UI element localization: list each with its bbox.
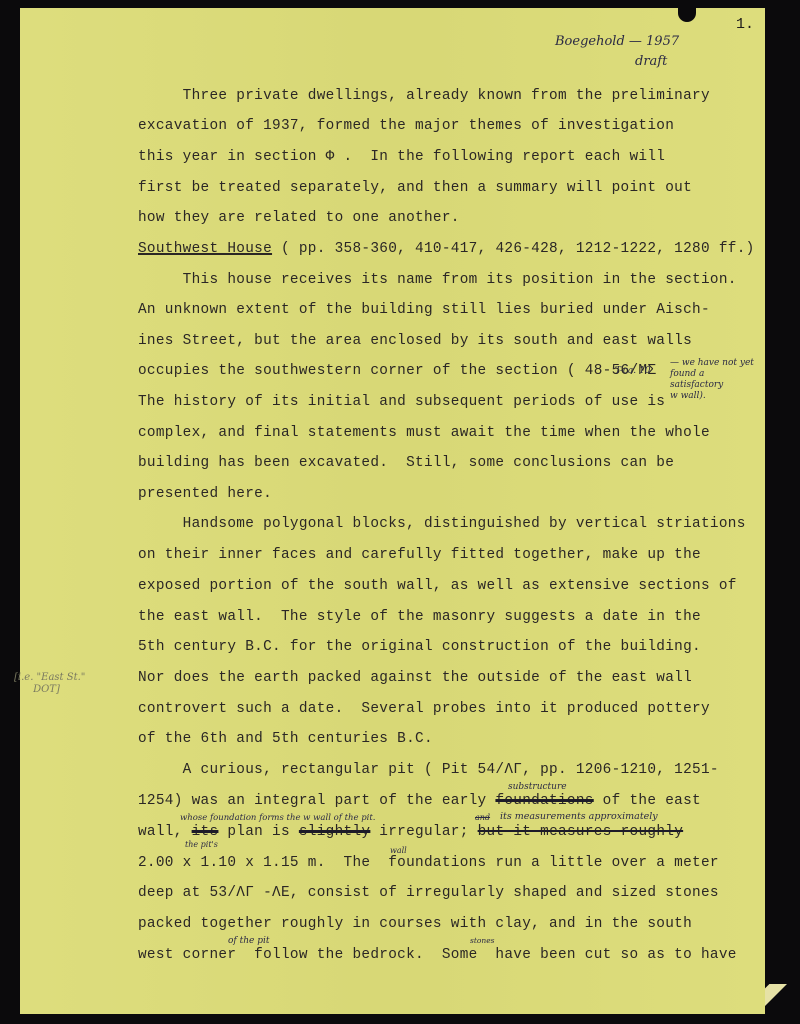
handwritten-draft-note: draft: [635, 54, 667, 69]
handwritten-of-the-pit: of the pit: [228, 936, 269, 946]
text-line: of the 6th and 5th centuries B.C.: [138, 731, 433, 747]
text-line: deep at 53/ΛΓ -ΛE, consist of irregularl…: [138, 885, 719, 901]
struck-text: slightly: [299, 824, 371, 840]
text-line: Nor does the earth packed against the ou…: [138, 670, 692, 686]
text-line: packed together roughly in courses with …: [138, 916, 692, 932]
text-line: Three private dwellings, already known f…: [138, 88, 710, 104]
handwritten-and-struck: and: [475, 813, 490, 822]
text-line: exposed portion of the south wall, as we…: [138, 578, 737, 594]
text-line: west corner follow the bedrock. Some hav…: [138, 947, 737, 963]
document-page: 1. Boegehold — 1957 draft Three private …: [20, 8, 765, 1014]
text-line: occupies the southwestern corner of the …: [138, 363, 656, 379]
text-line: ines Street, but the area enclosed by it…: [138, 333, 692, 349]
struck-text: its: [192, 824, 219, 840]
text-line: 2.00 x 1.10 x 1.15 m. The foundations ru…: [138, 855, 719, 871]
heading-refs: ( pp. 358-360, 410-417, 426-428, 1212-12…: [272, 241, 755, 257]
text-line: first be treated separately, and then a …: [138, 180, 692, 196]
text-line: excavation of 1937, formed the major the…: [138, 118, 674, 134]
text-line: building has been excavated. Still, some…: [138, 455, 674, 471]
text-line: on their inner faces and carefully fitte…: [138, 547, 701, 563]
text-line: wall, its plan is slightly irregular; bu…: [138, 824, 683, 840]
struck-text: but it measures roughly: [478, 824, 684, 840]
text-line: 5th century B.C. for the original constr…: [138, 639, 701, 655]
struck-text: foundations: [495, 793, 593, 809]
handwritten-whose-foundation: whose foundation forms the w wall of the…: [180, 813, 376, 823]
text-line: Handsome polygonal blocks, distinguished…: [138, 516, 746, 532]
handwritten-margin-note-right: — we have not yet found a satisfactory w…: [670, 358, 754, 402]
handwritten-substructure: substructure: [508, 782, 567, 792]
handwritten-the-pits: the pit's: [185, 840, 218, 849]
paper-notch: [678, 8, 696, 22]
pencil-margin-note-left: [i.e. "East St." DOT]: [14, 672, 85, 696]
text-line: the east wall. The style of the masonry …: [138, 609, 701, 625]
page-number: 1.: [736, 16, 754, 33]
handwritten-its-measurements: its measurements approximately: [500, 811, 658, 822]
handwritten-stones: stones: [470, 936, 495, 945]
text-line: This house receives its name from its po…: [138, 272, 737, 288]
text-line: complex, and final statements must await…: [138, 425, 710, 441]
section-heading: Southwest House ( pp. 358-360, 410-417, …: [138, 241, 755, 257]
text-line: this year in section Φ . In the followin…: [138, 149, 665, 165]
text-line: how they are related to one another.: [138, 210, 460, 226]
text-line: 1254) was an integral part of the early …: [138, 793, 701, 809]
text-line: An unknown extent of the building still …: [138, 302, 710, 318]
handwritten-wall-insert: wall: [390, 846, 407, 855]
text-line: A curious, rectangular pit ( Pit 54/ΛΓ, …: [138, 762, 719, 778]
text-line: The history of its initial and subsequen…: [138, 394, 665, 410]
handwritten-t-ca: T-ca. 10: [615, 366, 650, 376]
text-line: presented here.: [138, 486, 272, 502]
handwritten-author-note: Boegehold — 1957: [555, 34, 679, 49]
text-line: controvert such a date. Several probes i…: [138, 701, 710, 717]
folded-corner: [765, 984, 787, 1006]
heading-title: Southwest House: [138, 241, 272, 257]
